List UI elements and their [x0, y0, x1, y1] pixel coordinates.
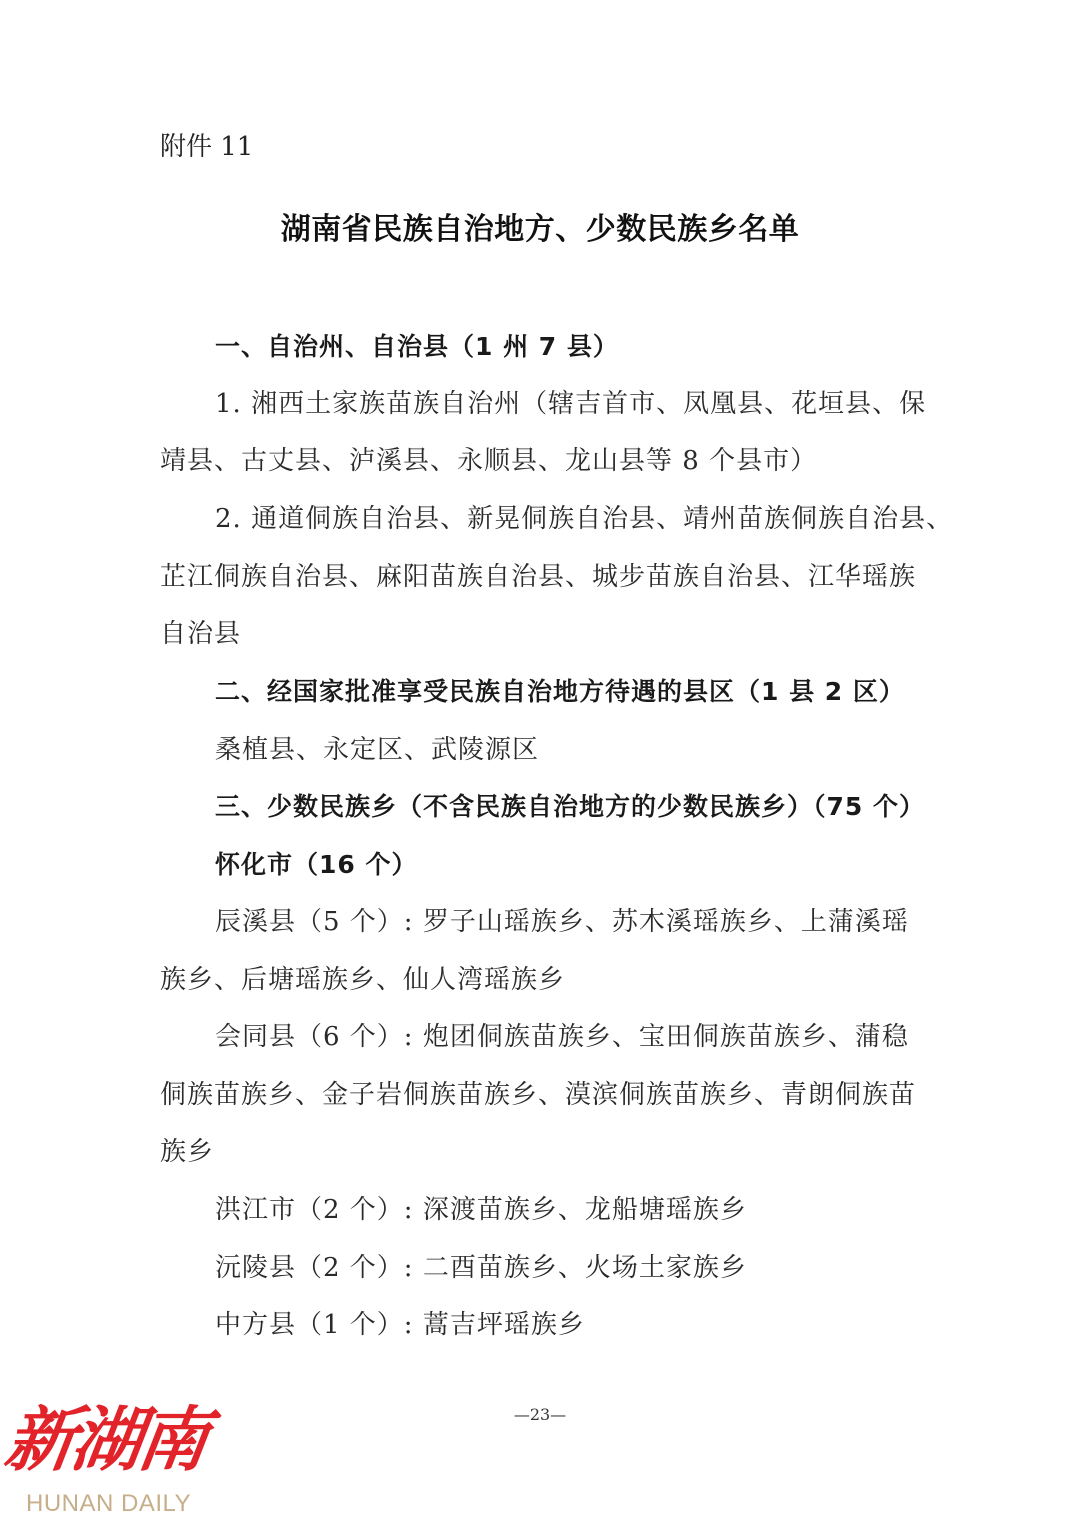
body-line: 族乡: [160, 1135, 214, 1169]
body-line: 自治县: [160, 617, 241, 651]
subheading-huaihua: 怀化市（16 个）: [215, 848, 418, 882]
body-line: 族乡、后塘瑶族乡、仙人湾瑶族乡: [160, 963, 565, 997]
section-heading-autonomous-regions: 一、自治州、自治县（1 州 7 县）: [215, 330, 619, 364]
logo-english-text: HUNAN DAILY: [26, 1490, 191, 1518]
body-line: 1. 湘西土家族苗族自治州（辖吉首市、凤凰县、花垣县、保: [215, 387, 926, 421]
body-line: 辰溪县（5 个）: 罗子山瑶族乡、苏木溪瑶族乡、上蒲溪瑶: [215, 905, 909, 939]
body-line: 中方县（1 个）: 蒿吉坪瑶族乡: [215, 1308, 585, 1342]
logo-chinese-text: 新湖南: [0, 1400, 209, 1480]
body-line: 芷江侗族自治县、麻阳苗族自治县、城步苗族自治县、江华瑶族: [160, 560, 916, 594]
section-heading-treated-counties: 二、经国家批准享受民族自治地方待遇的县区（1 县 2 区）: [215, 675, 905, 709]
body-line: 靖县、古丈县、泸溪县、永顺县、龙山县等 8 个县市）: [160, 444, 817, 478]
document-page: 附件 11 湖南省民族自治地方、少数民族乡名单 一、自治州、自治县（1 州 7 …: [0, 0, 1080, 1527]
document-title: 湖南省民族自治地方、少数民族乡名单: [0, 210, 1080, 250]
attachment-label: 附件 11: [160, 130, 253, 164]
body-line: 2. 通道侗族自治县、新晃侗族自治县、靖州苗族侗族自治县、: [215, 502, 953, 536]
hunan-daily-logo: 新湖南 HUNAN DAILY: [6, 1400, 221, 1520]
section-heading-ethnic-townships: 三、少数民族乡（不含民族自治地方的少数民族乡）（75 个）: [215, 790, 925, 824]
body-line: 会同县（6 个）: 炮团侗族苗族乡、宝田侗族苗族乡、蒲稳: [215, 1020, 909, 1054]
body-line: 沅陵县（2 个）: 二酉苗族乡、火场土家族乡: [215, 1251, 747, 1285]
body-line: 洪江市（2 个）: 深渡苗族乡、龙船塘瑶族乡: [215, 1193, 747, 1227]
body-line: 侗族苗族乡、金子岩侗族苗族乡、漠滨侗族苗族乡、青朗侗族苗: [160, 1078, 916, 1112]
body-line: 桑植县、永定区、武陵源区: [215, 733, 539, 767]
